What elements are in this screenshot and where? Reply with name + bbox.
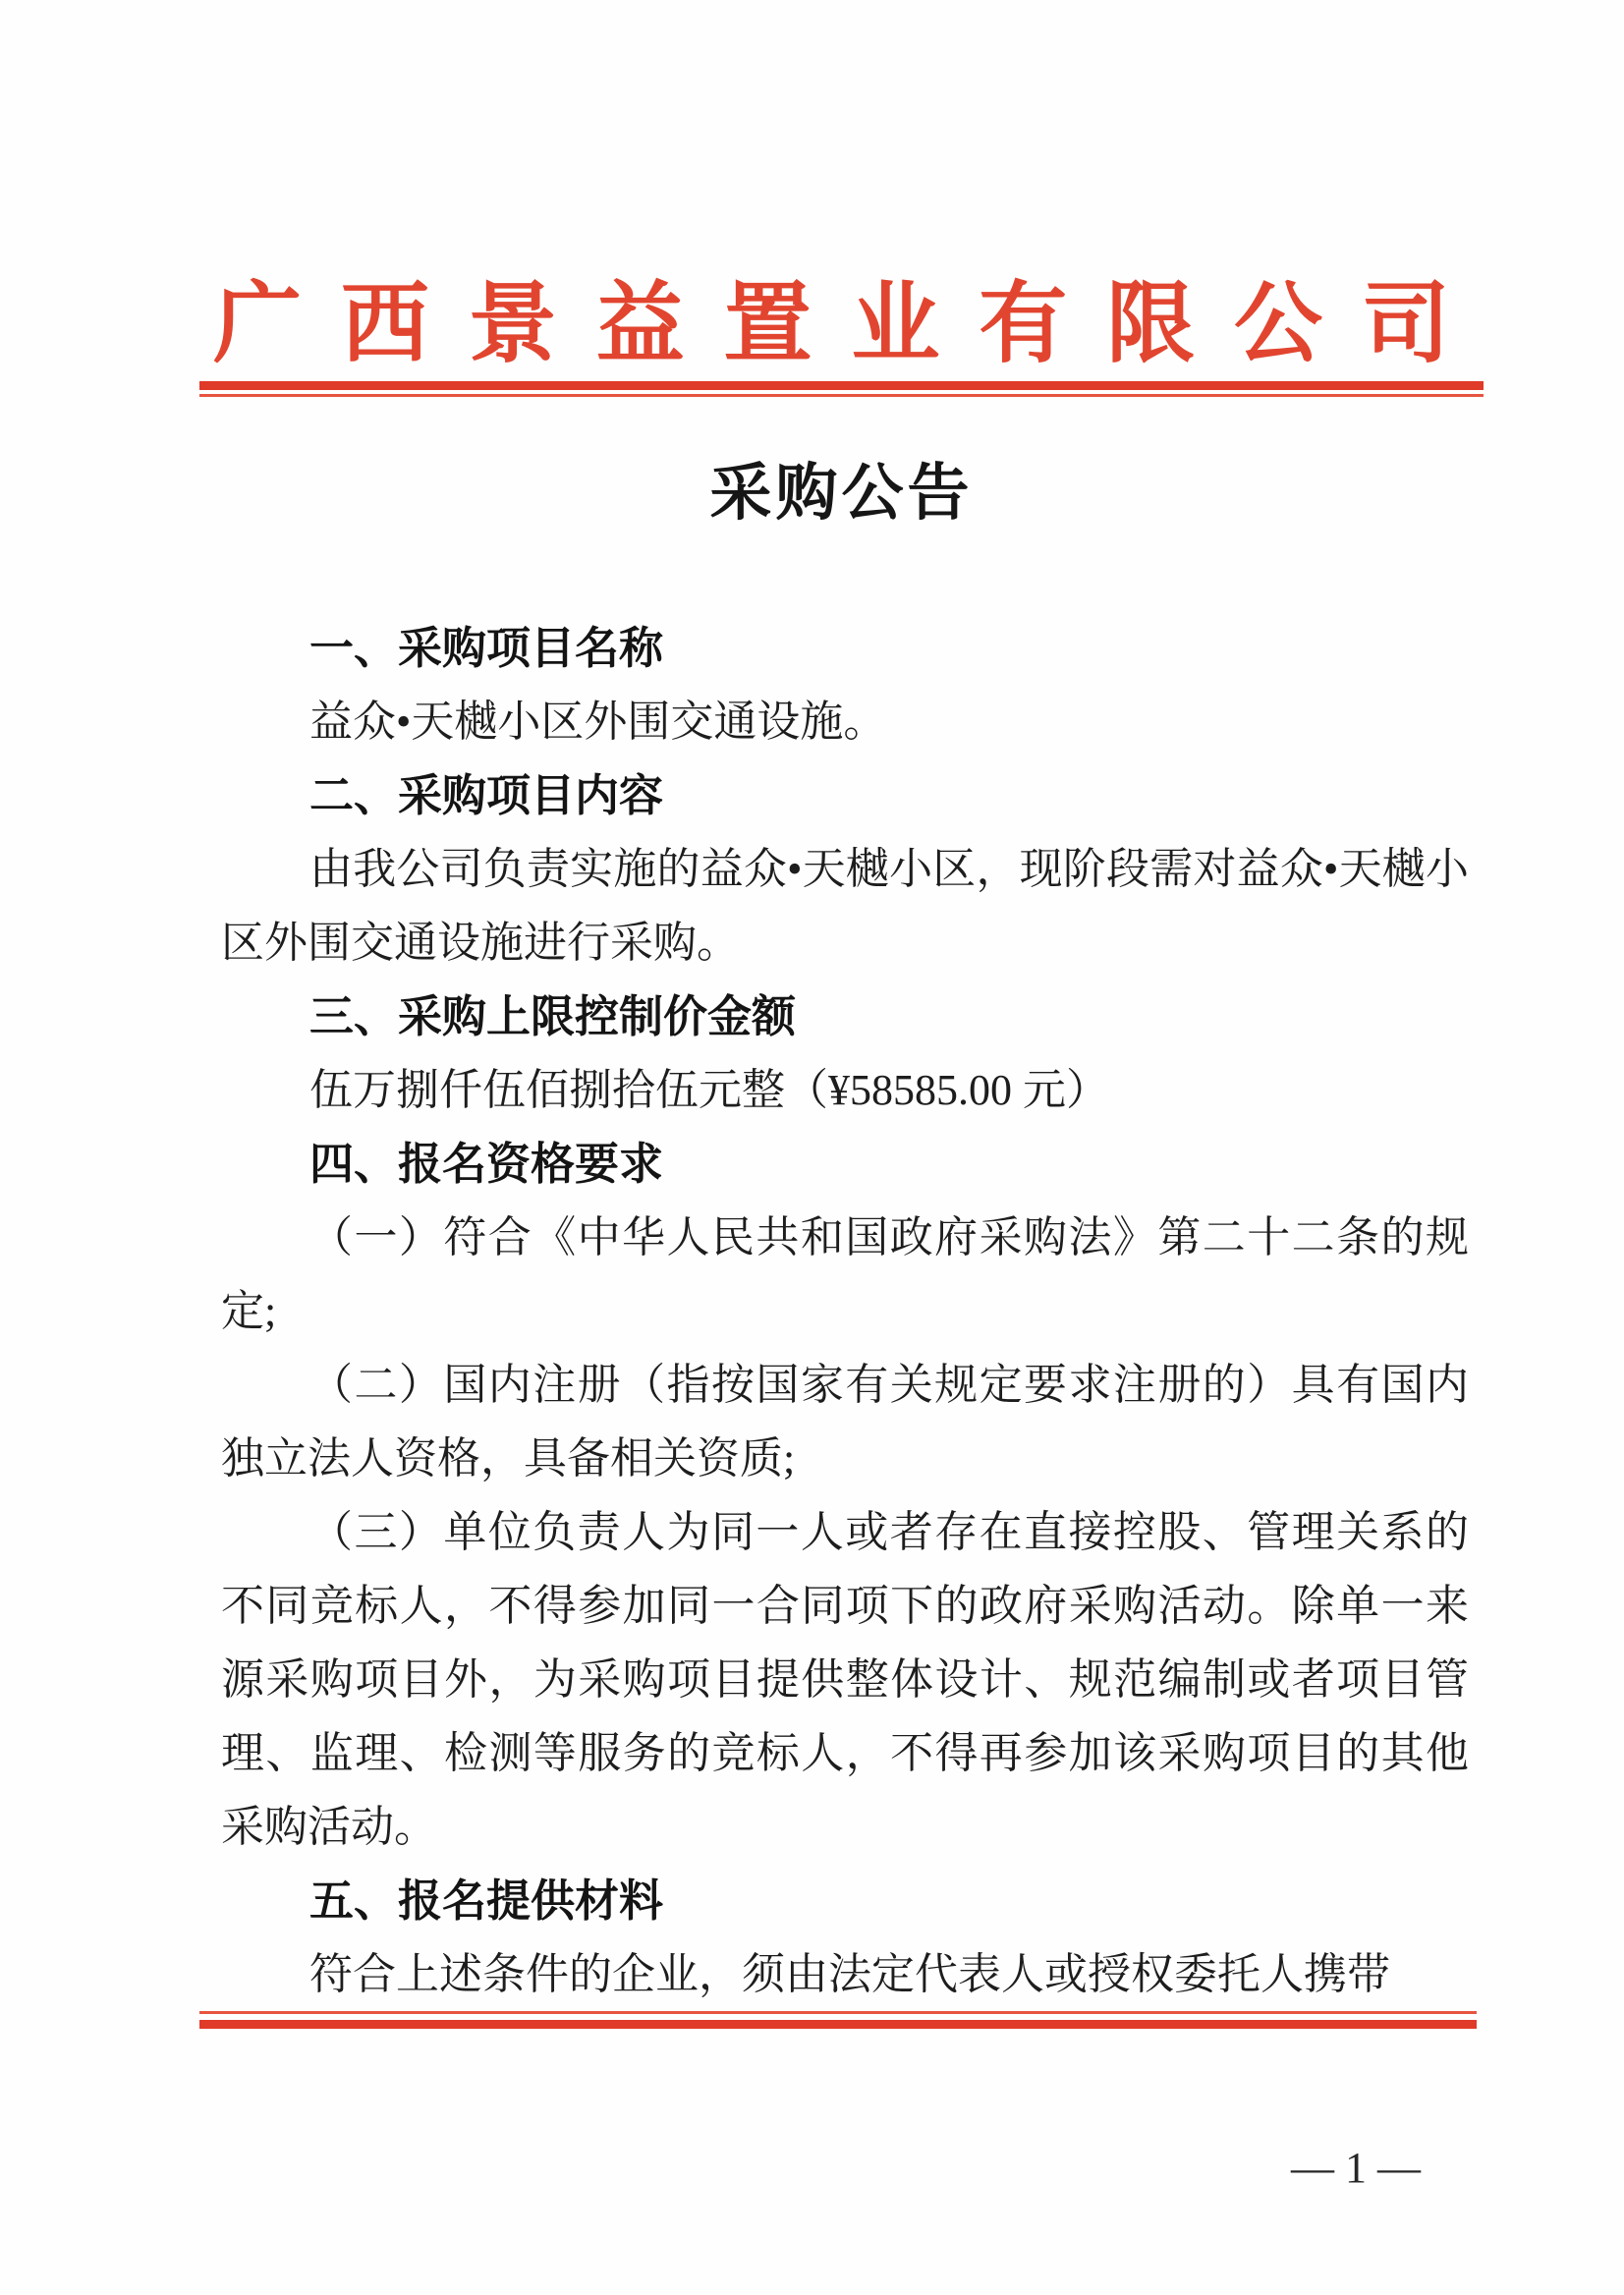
company-name-char: 广 [213, 277, 302, 373]
section-1-paragraph: 益众•天樾小区外围交通设施。 [221, 685, 1469, 758]
company-name: 广西景益置业有限公司 [199, 277, 1484, 373]
section-heading-4: 四、报名资格要求 [221, 1127, 1469, 1201]
company-name-char: 置 [724, 277, 812, 373]
letterhead-rule-thick [199, 381, 1484, 390]
section-heading-2: 二、采购项目内容 [221, 758, 1469, 832]
section-4-paragraph-2: （二）国内注册（指按国家有关规定要求注册的）具有国内独立法人资格，具备相关资质; [221, 1348, 1469, 1495]
company-name-char: 司 [1362, 277, 1450, 373]
section-2-paragraph: 由我公司负责实施的益众•天樾小区，现阶段需对益众•天樾小区外围交通设施进行采购。 [221, 832, 1469, 980]
page-number: — 1 — [1267, 2144, 1444, 2193]
company-name-char: 有 [979, 277, 1067, 373]
company-name-char: 业 [851, 277, 939, 373]
footer-rule-thick [199, 2020, 1477, 2029]
company-name-char: 益 [596, 277, 685, 373]
letterhead-rule-thin [199, 394, 1484, 397]
document-body: 一、采购项目名称 益众•天樾小区外围交通设施。 二、采购项目内容 由我公司负责实… [221, 611, 1469, 2011]
company-name-char: 限 [1106, 277, 1195, 373]
company-name-char: 公 [1234, 277, 1322, 373]
page-title: 采购公告 [199, 450, 1484, 536]
company-name-char: 景 [469, 277, 557, 373]
section-4-paragraph-1: （一）符合《中华人民共和国政府采购法》第二十二条的规定; [221, 1201, 1469, 1348]
letterhead: 广西景益置业有限公司 [199, 277, 1484, 397]
section-3-paragraph: 伍万捌仟伍佰捌拾伍元整（¥58585.00 元） [221, 1053, 1469, 1127]
section-heading-1: 一、采购项目名称 [221, 611, 1469, 685]
company-name-char: 西 [341, 277, 429, 373]
footer-rules [199, 2011, 1477, 2029]
document-page: 广西景益置业有限公司 采购公告 一、采购项目名称 益众•天樾小区外围交通设施。 … [0, 0, 1624, 2295]
footer-rule-thin [199, 2011, 1477, 2014]
section-4-paragraph-3: （三）单位负责人为同一人或者存在直接控股、管理关系的不同竞标人，不得参加同一合同… [221, 1495, 1469, 1864]
section-5-paragraph: 符合上述条件的企业，须由法定代表人或授权委托人携带 [221, 1937, 1469, 2011]
section-heading-3: 三、采购上限控制价金额 [221, 980, 1469, 1053]
section-heading-5: 五、报名提供材料 [221, 1864, 1469, 1937]
